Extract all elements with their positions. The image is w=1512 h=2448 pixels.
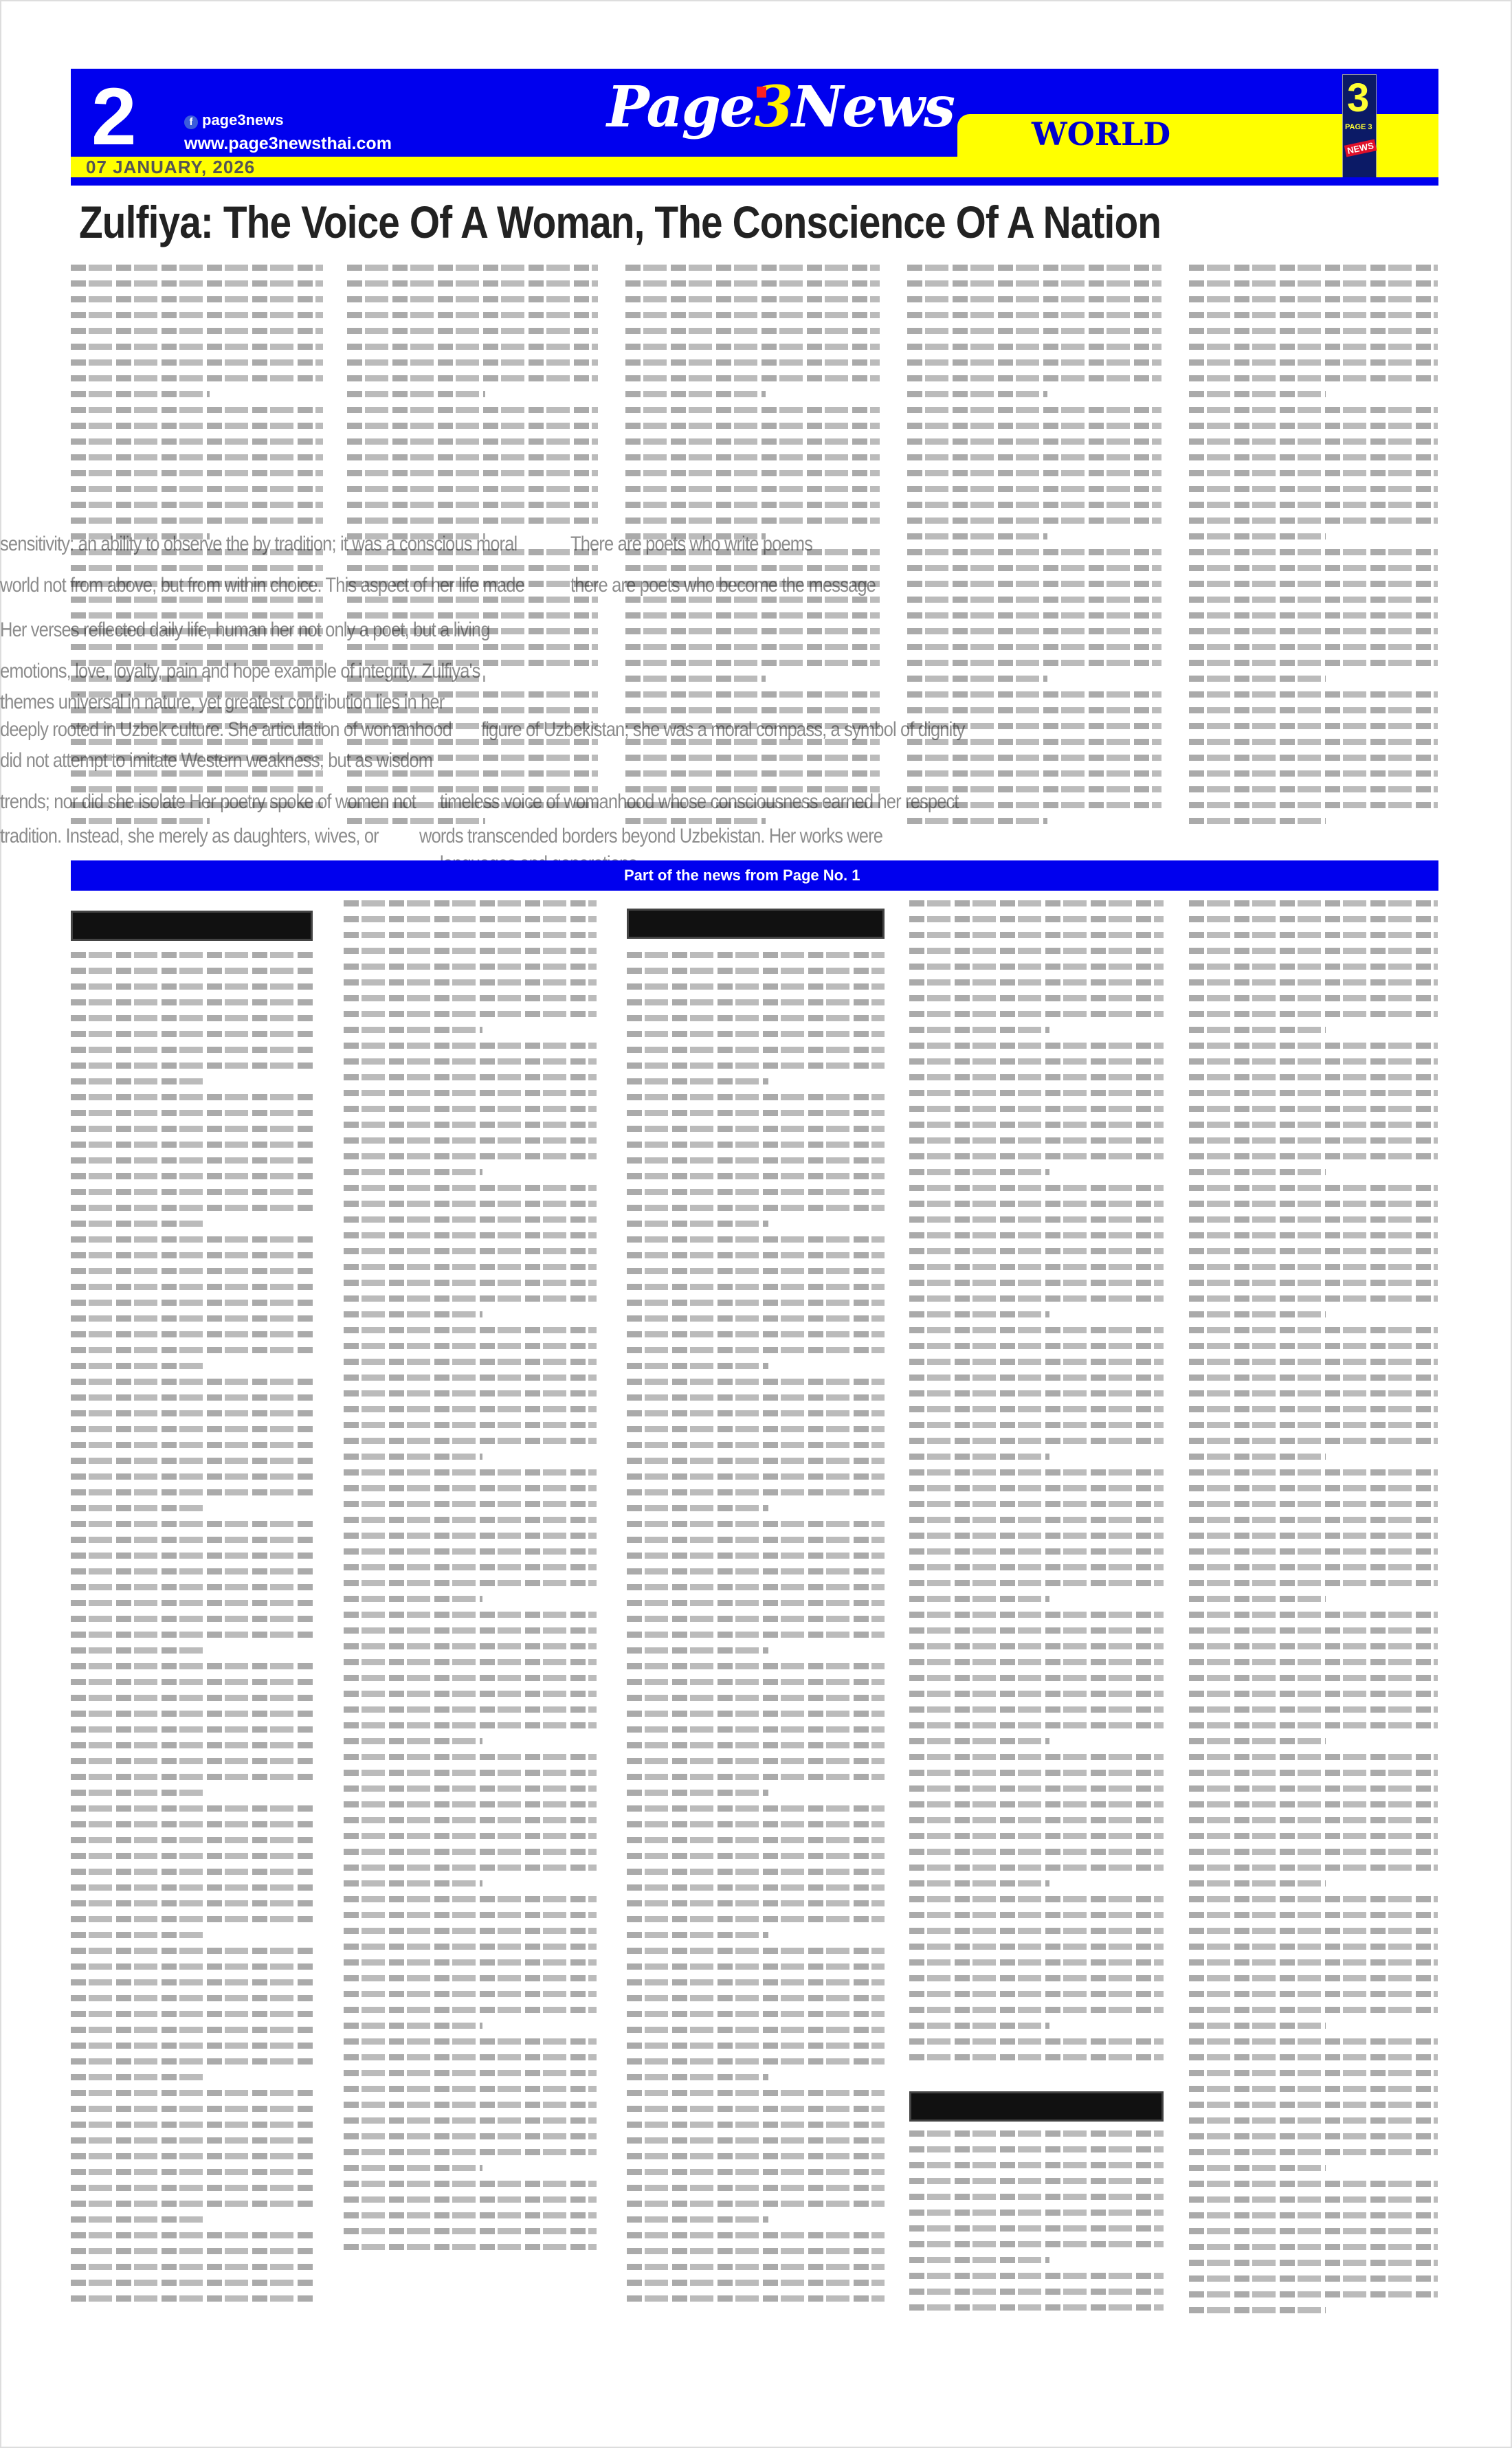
text-line (625, 676, 766, 682)
text-line (1189, 948, 1438, 954)
text-line (627, 1331, 885, 1337)
text-line (71, 2027, 313, 2033)
text-line (344, 1596, 482, 1602)
text-line (1189, 1944, 1438, 1950)
text-line (627, 1110, 885, 1116)
text-line (347, 423, 598, 429)
text-line (71, 2232, 313, 2238)
text-line (344, 1564, 597, 1570)
text-line (909, 1359, 1164, 1365)
section-label-box-1 (71, 911, 313, 941)
text-line (1189, 581, 1438, 587)
text-line (347, 486, 598, 492)
text-line (1189, 1137, 1438, 1144)
text-line (71, 1553, 313, 1559)
text-line (71, 1600, 313, 1606)
text-line (71, 518, 323, 524)
text-line (344, 1011, 597, 1017)
masthead: 2 fpage3news www.page3newsthai.com Page3… (71, 69, 1438, 186)
text-line (627, 1015, 885, 1021)
text-line (627, 1537, 885, 1543)
text-line (627, 2264, 885, 2270)
text-line (1189, 359, 1438, 366)
text-line (909, 1548, 1164, 1555)
text-line (1189, 995, 1438, 1001)
text-line (907, 707, 1161, 713)
text-line (909, 1122, 1164, 1128)
text-line (344, 1137, 597, 1144)
section-label-box-3 (909, 2091, 1164, 2122)
text-line (347, 818, 485, 824)
text-line (909, 1959, 1164, 1966)
text-line (1189, 1074, 1438, 1080)
text-line (344, 1185, 597, 1191)
text-line (71, 1584, 313, 1590)
text-line (627, 1284, 885, 1290)
text-line (909, 1501, 1164, 1507)
text-line (347, 612, 598, 619)
text-line (625, 707, 880, 713)
text-line (1189, 2212, 1438, 2218)
article-headline: Zulfiya: The Voice Of A Woman, The Consc… (79, 196, 1243, 248)
text-line (1189, 676, 1326, 682)
text-line (627, 2169, 885, 2175)
text-line (1189, 1533, 1438, 1539)
text-line (627, 1473, 885, 1480)
text-line (344, 932, 597, 938)
news-column-3 (627, 952, 885, 2319)
text-line (71, 423, 323, 429)
text-line (625, 818, 766, 824)
text-line (907, 391, 1047, 397)
text-line (347, 328, 598, 334)
text-line (909, 1153, 1164, 1159)
text-line (627, 2043, 885, 2049)
text-line (627, 1932, 768, 1938)
text-line (1189, 1659, 1438, 1665)
text-line (1189, 628, 1438, 634)
text-line (907, 533, 1047, 539)
text-line (71, 2295, 313, 2302)
masthead-strip (71, 177, 1438, 186)
text-line (1189, 1169, 1326, 1175)
text-line (627, 1568, 885, 1574)
text-line (347, 344, 598, 350)
text-line (1189, 2165, 1326, 2171)
text-line (625, 328, 880, 334)
text-line (71, 1647, 204, 1654)
text-line (344, 2133, 597, 2139)
text-line (71, 1173, 313, 1179)
text-line (1189, 265, 1438, 271)
text-line (71, 296, 323, 302)
text-line (909, 2038, 1164, 2045)
text-line (907, 755, 1161, 761)
text-line (1189, 1359, 1438, 1365)
text-line (1189, 1216, 1438, 1223)
text-line (627, 1078, 768, 1084)
text-line (344, 1280, 597, 1286)
text-line (909, 2054, 1164, 2060)
text-line (1189, 691, 1438, 698)
text-line (909, 1865, 1164, 1871)
text-line (344, 1548, 597, 1555)
facebook-icon: f (184, 115, 198, 129)
text-line (1189, 1153, 1438, 1159)
text-line (344, 1580, 597, 1586)
text-line (1189, 786, 1438, 792)
text-line (627, 983, 885, 990)
text-line (627, 1916, 885, 1922)
text-line (344, 1169, 482, 1175)
text-line (344, 900, 597, 906)
news-column-5 (1189, 900, 1438, 2323)
text-line (627, 1616, 885, 1622)
text-line (71, 391, 210, 397)
text-line (347, 565, 598, 571)
text-line (344, 1295, 597, 1302)
text-line (1189, 802, 1438, 808)
ghost-text: themes universal in nature, yet greatest… (0, 691, 444, 714)
text-line (909, 1169, 1049, 1175)
article-column-3 (625, 265, 880, 849)
text-line (909, 1801, 1164, 1807)
ghost-text: figure of Uzbekistan; she was a moral co… (481, 718, 965, 742)
text-line (627, 1458, 885, 1464)
news-column-4b (909, 2130, 1164, 2323)
ghost-text: emotions, love, loyalty, pain and hope e… (0, 660, 480, 683)
text-line (344, 1612, 597, 1618)
text-line (627, 1900, 885, 1906)
text-line (347, 502, 598, 508)
text-line (1189, 1058, 1438, 1065)
news-column-2 (344, 900, 597, 2275)
text-line (344, 1264, 597, 1270)
text-line (627, 2122, 885, 2128)
text-line (909, 932, 1164, 938)
text-line (627, 1347, 885, 1353)
text-line (909, 948, 1164, 954)
text-line (344, 1817, 597, 1823)
text-line (909, 1580, 1164, 1586)
text-line (1189, 280, 1438, 287)
text-line (627, 2090, 885, 2096)
text-line (71, 1521, 313, 1527)
text-line (625, 407, 880, 413)
text-line (347, 644, 598, 650)
text-line (1189, 1706, 1438, 1713)
text-line (627, 2011, 885, 2017)
text-line (347, 375, 598, 381)
text-line (1189, 1880, 1326, 1887)
text-line (909, 1533, 1164, 1539)
section-label: WORLD (1032, 115, 1170, 153)
text-line (71, 597, 323, 603)
text-line (625, 486, 880, 492)
text-line (625, 312, 880, 318)
text-line (344, 1770, 597, 1776)
ghost-text: trends; nor did she isolate Her poetry s… (0, 790, 416, 814)
text-line (627, 1663, 885, 1669)
text-line (1189, 1627, 1438, 1634)
text-line (907, 644, 1161, 650)
text-line (909, 964, 1164, 970)
text-line (627, 1394, 885, 1401)
text-line (1189, 391, 1326, 397)
text-line (909, 1264, 1164, 1270)
text-line (625, 423, 880, 429)
text-line (627, 1821, 885, 1827)
text-line (344, 1406, 597, 1412)
website-link[interactable]: www.page3newsthai.com (184, 134, 392, 154)
text-line (344, 1865, 597, 1871)
text-line (907, 344, 1161, 350)
text-line (1189, 1849, 1438, 1855)
text-line (625, 296, 880, 302)
text-line (1189, 1675, 1438, 1681)
text-line (627, 1963, 885, 1970)
text-line (907, 676, 1047, 682)
text-line (909, 1675, 1164, 1681)
text-line (907, 612, 1161, 619)
text-line (1189, 770, 1438, 777)
ghost-text: sensitivity: an ability to observe the b… (0, 533, 517, 556)
text-line (1189, 2133, 1438, 2139)
text-line (344, 1517, 597, 1523)
text-line (625, 265, 880, 271)
text-line (71, 1268, 313, 1274)
text-line (71, 1837, 313, 1843)
text-line (1189, 1612, 1438, 1618)
badge-line1: PAGE 3 (1345, 123, 1372, 131)
text-line (907, 312, 1161, 318)
text-line (1189, 328, 1438, 334)
text-line (627, 1252, 885, 1258)
text-line (909, 1517, 1164, 1523)
ghost-text: did not attempt to imitate Western weakn… (0, 749, 432, 772)
text-line (71, 1679, 313, 1685)
text-line (627, 2137, 885, 2144)
facebook-link[interactable]: fpage3news (184, 111, 284, 129)
text-line (1189, 1090, 1438, 1096)
text-line (625, 660, 880, 666)
text-line (344, 1833, 597, 1839)
text-line (1189, 1343, 1438, 1349)
text-line (344, 1438, 597, 1444)
text-line (909, 1975, 1164, 1981)
text-line (909, 1438, 1164, 1444)
text-line (347, 280, 598, 287)
text-line (1189, 1548, 1438, 1555)
text-line (1189, 454, 1438, 460)
text-line (71, 1047, 313, 1053)
text-line (71, 968, 313, 974)
text-line (907, 818, 1047, 824)
text-line (71, 454, 323, 460)
text-line (344, 1043, 597, 1049)
text-line (627, 1205, 885, 1211)
text-line (907, 423, 1161, 429)
text-line (625, 280, 880, 287)
text-line (344, 1311, 482, 1317)
text-line (344, 1390, 597, 1397)
text-line (909, 1612, 1164, 1618)
text-line (1189, 438, 1438, 445)
text-line (1189, 2023, 1326, 2029)
text-line (909, 1896, 1164, 1902)
text-line (1189, 296, 1438, 302)
badge-line2: NEWS (1344, 140, 1377, 157)
logo-number: 3 (754, 74, 792, 140)
text-line (909, 1928, 1164, 1934)
text-line (71, 2169, 313, 2175)
text-line (627, 1805, 885, 1812)
text-line (627, 1647, 768, 1654)
text-line (909, 2241, 1164, 2247)
text-line (71, 1869, 313, 1875)
text-line (71, 407, 323, 413)
text-line (909, 1627, 1164, 1634)
text-line (344, 1469, 597, 1476)
text-line (1189, 2070, 1438, 2076)
text-line (907, 597, 1161, 603)
text-line (627, 1047, 885, 1053)
text-line (627, 2058, 885, 2065)
text-line (909, 1327, 1164, 1333)
text-line (627, 1505, 768, 1511)
text-line (347, 296, 598, 302)
banner-label: Part of the news from Page No. 1 (624, 867, 860, 884)
text-line (1189, 1011, 1438, 1017)
text-line (71, 983, 313, 990)
text-line (71, 1758, 313, 1764)
text-line (627, 1062, 885, 1069)
text-line (625, 375, 880, 381)
text-line (344, 1975, 597, 1981)
text-line (625, 438, 880, 445)
text-line (71, 2264, 313, 2270)
text-line (71, 2058, 313, 2065)
text-line (627, 2248, 885, 2254)
text-line (627, 1995, 885, 2001)
text-line (909, 1106, 1164, 1112)
text-line (71, 1221, 204, 1227)
text-line (909, 995, 1164, 1001)
text-line (344, 1801, 597, 1807)
text-line (1189, 2038, 1438, 2045)
text-line (347, 359, 598, 366)
text-line (627, 2216, 768, 2223)
text-line (909, 1090, 1164, 1096)
text-line (909, 1137, 1164, 1144)
text-line (1189, 1043, 1438, 1049)
text-line (344, 2196, 597, 2203)
text-line (1189, 644, 1438, 650)
text-line (1189, 533, 1326, 539)
text-line (1189, 1517, 1438, 1523)
text-line (627, 1157, 885, 1164)
text-line (71, 2074, 204, 2080)
text-line (344, 2054, 597, 2060)
text-line (71, 2106, 313, 2112)
text-line (71, 2216, 204, 2223)
text-line (627, 1489, 885, 1495)
text-line (909, 1469, 1164, 1476)
text-line (344, 1928, 597, 1934)
text-line (71, 1963, 313, 1970)
text-line (1189, 900, 1438, 906)
text-line (625, 344, 880, 350)
text-line (625, 644, 880, 650)
text-line (627, 1236, 885, 1243)
text-line (1189, 1406, 1438, 1412)
text-line (627, 1869, 885, 1875)
text-line (71, 612, 323, 619)
text-line (909, 1770, 1164, 1776)
text-line (71, 328, 323, 334)
text-line (907, 296, 1161, 302)
text-line (71, 312, 323, 318)
text-line (627, 1031, 885, 1037)
text-line (627, 1442, 885, 1448)
text-line (1189, 1817, 1438, 1823)
text-line (909, 2146, 1164, 2152)
text-line (344, 1375, 597, 1381)
text-line (344, 1122, 597, 1128)
text-line (1189, 964, 1438, 970)
text-line (347, 265, 598, 271)
text-line (625, 565, 880, 571)
text-line (627, 2232, 885, 2238)
text-line (627, 968, 885, 974)
text-line (625, 628, 880, 634)
text-line (71, 1236, 313, 1243)
text-line (909, 1232, 1164, 1238)
text-line (71, 1916, 313, 1922)
text-line (907, 407, 1161, 413)
text-line (71, 818, 210, 824)
text-line (909, 1991, 1164, 1997)
text-line (1189, 707, 1438, 713)
text-line (625, 691, 880, 698)
news-column-4 (909, 900, 1164, 2082)
text-line (627, 999, 885, 1005)
text-line (344, 1058, 597, 1065)
text-line (1189, 1027, 1326, 1033)
text-line (344, 1422, 597, 1428)
text-line (344, 2228, 597, 2234)
text-line (344, 2070, 597, 2076)
text-line (625, 612, 880, 619)
text-line (1189, 1928, 1438, 1934)
text-line (909, 1817, 1164, 1823)
text-line (347, 518, 598, 524)
text-line (1189, 1485, 1438, 1491)
text-line (71, 486, 323, 492)
text-line (627, 2153, 885, 2159)
text-line (1189, 755, 1438, 761)
text-line (344, 1912, 597, 1918)
text-line (627, 1632, 885, 1638)
text-line (1189, 1454, 1326, 1460)
text-line (1189, 2086, 1438, 2092)
text-line (1189, 423, 1438, 429)
text-line (71, 1394, 313, 1401)
text-line (344, 1533, 597, 1539)
text-line (909, 1706, 1164, 1713)
text-line (627, 1221, 768, 1227)
text-line (625, 359, 880, 366)
